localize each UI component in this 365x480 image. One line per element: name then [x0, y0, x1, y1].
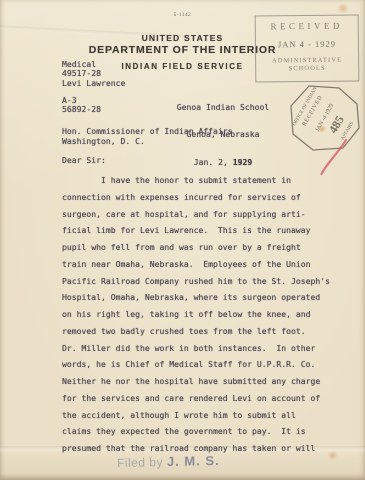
dateline-date: Jan. 2, 1929 — [163, 158, 283, 167]
body-line: pupil who fell from and was run over by … — [62, 239, 330, 256]
recipient-line: Washington, D. C. — [62, 137, 233, 147]
received-stamp-box: RECEIVED JAN 4 - 1929 ADMINISTRATIVE SCH… — [255, 14, 360, 82]
body-line: Pacific Railroad Company rushed him to t… — [62, 273, 330, 290]
file-reference-account: A-356892-28 — [62, 96, 101, 115]
file-reference-line: Levi Lawrence — [62, 79, 125, 88]
body-line: Dr. Miller did the work in both instance… — [62, 340, 330, 357]
body-line: removed two badly crushed toes from the … — [62, 323, 330, 340]
scanned-letter-page: 5-1142 UNITED STATES DEPARTMENT OF THE I… — [0, 0, 365, 480]
red-check-mark — [315, 135, 355, 180]
body-line: the accident, although I wrote him to su… — [62, 407, 330, 424]
dateline-date-prefix: Jan. 2, — [194, 157, 233, 167]
ink-stain — [318, 125, 326, 133]
received-stamp-title: RECEIVED — [256, 20, 358, 31]
body-line: surgeon, care at hospital, and for suppl… — [62, 206, 330, 223]
received-stamp-dept2: SCHOOLS — [256, 64, 358, 72]
dateline-school: Genoa Indian School — [163, 103, 283, 112]
body-line: claims they expected the government to p… — [62, 423, 330, 440]
file-reference-medical: Medical49517-28Levi Lawrence — [62, 60, 125, 88]
recipient-address: Hon. Commissioner of Indian AffairsWashi… — [62, 127, 233, 147]
body-line: Hospital, Omaha, Nebraska, where its sur… — [62, 289, 330, 306]
filed-by-initials: J. M. S. — [167, 453, 220, 469]
body-line: Neither he nor the hospital have submitt… — [62, 373, 330, 390]
body-line: train near Omaha, Nebraska. Employees of… — [62, 256, 330, 273]
body-line: for the services and care rendered Levi … — [62, 390, 330, 407]
body-line: connection with expenses incurred for se… — [62, 189, 330, 206]
file-reference-line: 56892-28 — [62, 105, 101, 114]
body-line: on his right leg, taking it off below th… — [62, 306, 330, 323]
letter-body: I have the honor to submit statement inc… — [62, 172, 330, 457]
ink-stain — [336, 4, 350, 13]
body-line: ficial limb for Levi Lawrence. This is t… — [62, 222, 330, 239]
filed-by-prefix: Filed by — [117, 455, 167, 470]
salutation: Dear Sir: — [62, 155, 106, 165]
received-stamp-date: JAN 4 - 1929 — [256, 38, 358, 49]
filed-by-stamp: Filed by J. M. S. — [117, 452, 220, 472]
dateline-year: 1929 — [233, 157, 253, 167]
received-stamp-dept1: ADMINISTRATIVE — [256, 56, 358, 64]
body-line: I have the honor to submit statement in — [62, 172, 330, 189]
ink-stain — [327, 451, 338, 460]
body-line: words, he is Chief of Medical Staff for … — [62, 356, 330, 373]
